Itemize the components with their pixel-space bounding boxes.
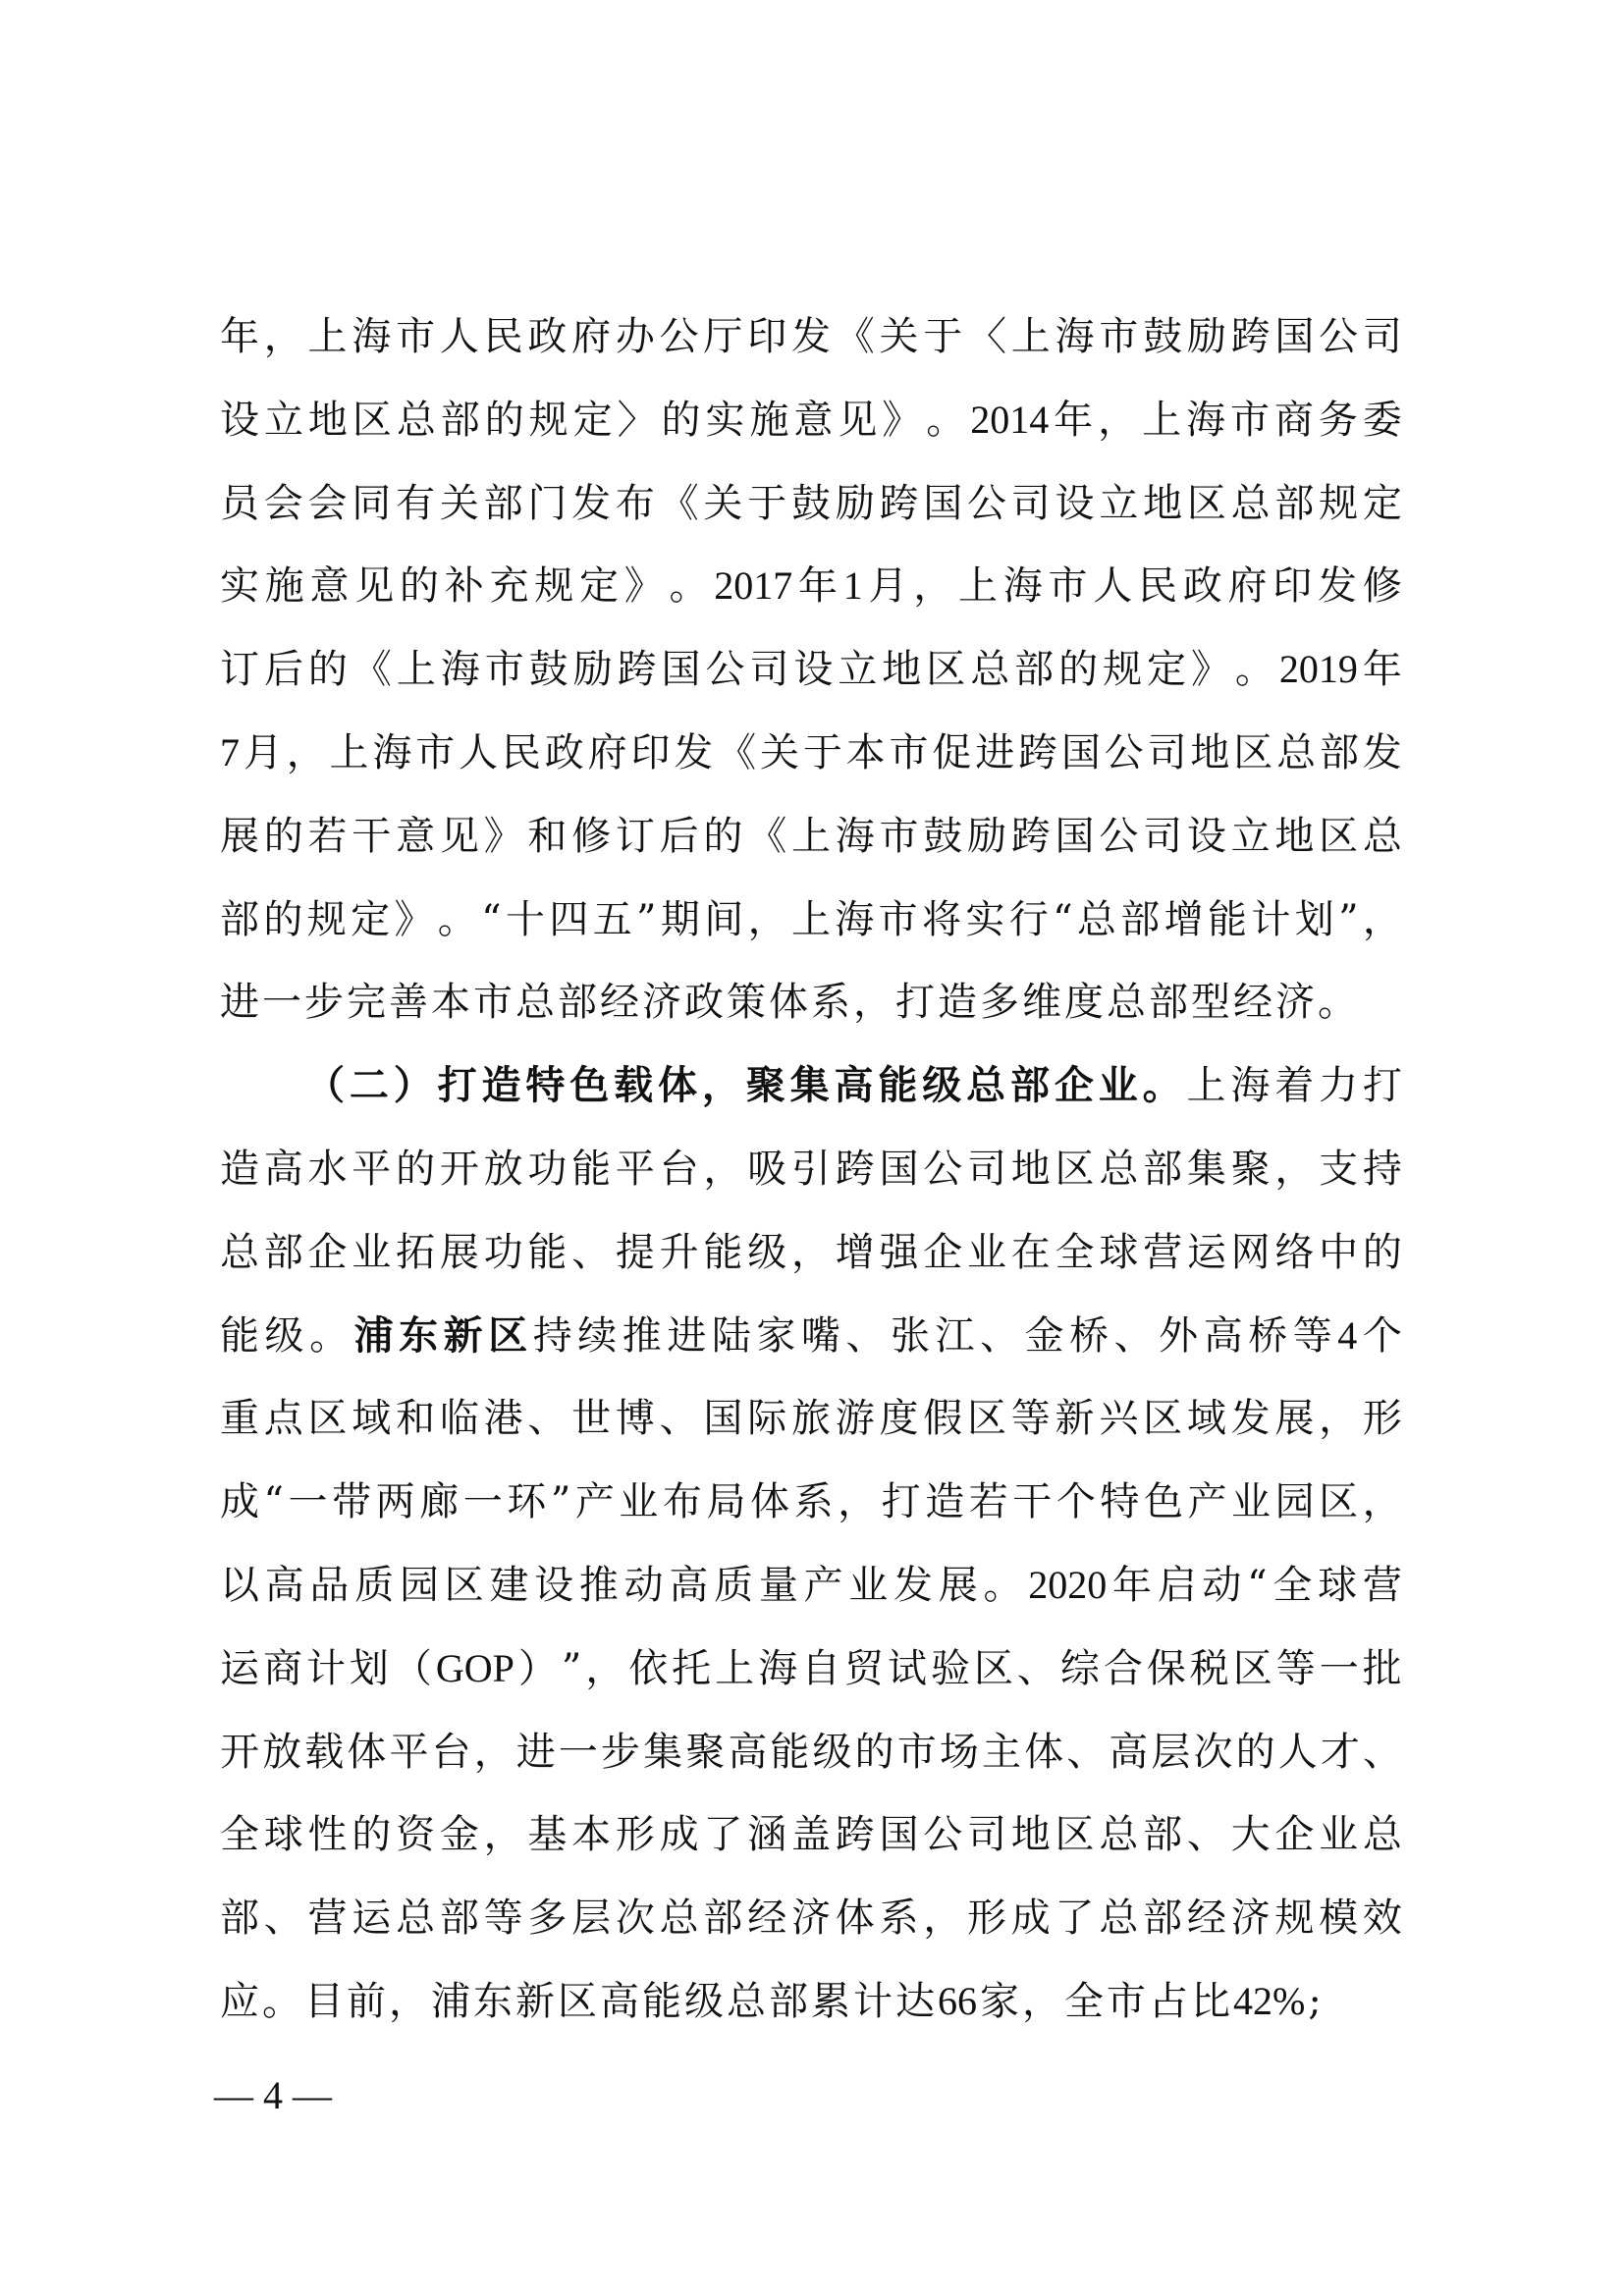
body-text-glyph: 络 (1274, 1228, 1314, 1277)
body-text-glyph: 总 (1099, 1145, 1138, 1194)
body-text-glyph: 目 (304, 1977, 344, 2026)
body-text-glyph: 总 (396, 1894, 435, 1943)
body-text-glyph: 试 (888, 1644, 927, 1693)
body-text-glyph: 级 (684, 1977, 724, 2026)
body-text-glyph: 《 (352, 645, 392, 694)
body-text-glyph: 区 (352, 396, 392, 445)
body-text-glyph: 成 (220, 1477, 259, 1526)
body-text-glyph: 的 (855, 1728, 894, 1777)
body-text-glyph: 。 (1318, 978, 1357, 1027)
body-text-glyph: 委 (1363, 396, 1402, 445)
body-text-glyph: 意 (396, 812, 435, 861)
body-text-glyph: 发 (893, 1561, 933, 1610)
body-text-glyph: 运 (1187, 1228, 1226, 1277)
body-text-glyph: 立 (264, 396, 303, 445)
text-line: 部、营运总部等多层次总部经济体系，形成了总部经济规模效 (220, 1894, 1402, 1943)
body-text-glyph: 总 (1363, 812, 1402, 861)
body-text-glyph: 世 (571, 1394, 611, 1443)
body-text-glyph: 企 (308, 1228, 348, 1277)
body-text-glyph: 间 (704, 895, 743, 944)
body-text-glyph: 的 (1058, 645, 1098, 694)
body-text-glyph: 新 (1056, 1394, 1095, 1443)
body-text-glyph: 企 (1274, 1810, 1314, 1859)
body-text-glyph: 际 (747, 1394, 786, 1443)
body-text-glyph: 发 (791, 312, 831, 361)
body-text-glyph: 能 (527, 1228, 567, 1277)
body-text-glyph: 全 (1056, 1228, 1095, 1277)
body-text-glyph: 月 (869, 561, 908, 611)
bold-keyword-text: 东 (399, 1311, 438, 1361)
body-text-glyph: 商 (1274, 396, 1314, 445)
body-text-glyph: 总 (1276, 728, 1316, 777)
body-text-glyph: 增 (836, 1228, 875, 1277)
body-text-glyph: 励 (573, 645, 613, 694)
body-text-glyph: 民 (1138, 561, 1177, 611)
body-text-glyph: 应 (220, 1977, 259, 2026)
body-text-glyph: 五 (593, 895, 632, 944)
body-text-glyph: 放 (484, 1145, 523, 1194)
body-text-glyph: 鼓 (791, 479, 831, 528)
body-text-glyph: 多 (980, 978, 1019, 1027)
body-text-glyph: ， (923, 1894, 962, 1943)
text-line: 能级。浦东新区持续推进陆家嘴、张江、金桥、外高桥等4个 (220, 1311, 1402, 1361)
body-text-glyph: “ (1247, 1561, 1267, 1610)
bold-keyword-text: 区 (488, 1311, 527, 1361)
section-heading-text: ） (394, 1061, 433, 1110)
body-text-glyph: 业 (619, 1477, 658, 1526)
body-text-glyph: 总 (397, 396, 436, 445)
body-text-glyph: 造 (925, 1477, 964, 1526)
body-text-glyph: 42% (1233, 1977, 1305, 2026)
body-text-glyph: 全 (1064, 1977, 1104, 2026)
text-line: 重点区域和临港、世博、国际旅游度假区等新兴区域发展，形 (220, 1394, 1402, 1443)
body-text-glyph: 计 (853, 1977, 893, 2026)
bold-keyword-text: 浦 (354, 1311, 394, 1361)
body-text-glyph: 、 (1066, 1728, 1106, 1777)
body-text-glyph: 能 (642, 1977, 681, 2026)
body-text-glyph: ， (1274, 1145, 1314, 1194)
body-text-glyph: 在 (1011, 1228, 1051, 1277)
body-text-glyph: 施 (265, 561, 304, 611)
body-text-glyph: 》 (624, 561, 664, 611)
section-heading-text: 特 (525, 1061, 565, 1110)
body-text-glyph: 会 (308, 479, 348, 528)
body-text-glyph: 规 (1103, 645, 1142, 694)
body-text-glyph: 家 (756, 1311, 795, 1361)
body-text-glyph: 实 (705, 396, 744, 445)
body-text-glyph: 区 (308, 1394, 348, 1443)
section-heading-text: 色 (569, 1061, 609, 1110)
body-text-glyph: 部 (1014, 645, 1054, 694)
body-text-glyph: 成 (1011, 1894, 1051, 1943)
body-text-glyph: 成 (660, 1810, 699, 1859)
body-text-glyph: 能 (220, 1311, 259, 1361)
body-text-glyph: 国 (879, 1145, 918, 1194)
body-text-glyph: 公 (1319, 312, 1358, 361)
body-text-glyph: 设 (1056, 479, 1095, 528)
body-text-glyph: 。 (1235, 645, 1274, 694)
body-text-glyph: 拓 (396, 1228, 435, 1277)
body-text-glyph: 规 (1274, 1894, 1314, 1943)
body-text-glyph: 台 (432, 1728, 471, 1777)
body-text-glyph: 主 (982, 1728, 1021, 1777)
body-text-glyph: 年 (1112, 1561, 1152, 1610)
body-text-glyph: 地 (1143, 479, 1182, 528)
body-text-glyph: 部 (220, 1894, 259, 1943)
body-text-glyph: 金 (1025, 1311, 1064, 1361)
body-text-glyph: 实 (965, 895, 1004, 944)
body-text-glyph: 一 (463, 1477, 503, 1526)
body-text-glyph: 订 (220, 645, 259, 694)
body-text-glyph: 实 (220, 561, 259, 611)
body-text-glyph: 高 (1109, 1728, 1148, 1777)
body-text-glyph: 、 (1363, 1728, 1402, 1777)
body-text-glyph: 部 (441, 396, 480, 445)
body-text-glyph: 海 (836, 812, 875, 861)
body-text-glyph: 博 (616, 1394, 655, 1443)
body-text-glyph: 修 (571, 812, 611, 861)
text-line: 造高水平的开放功能平台，吸引跨国公司地区总部集聚，支持 (220, 1145, 1402, 1194)
body-text-glyph: 的 (662, 396, 701, 445)
body-text-glyph: 度 (1064, 978, 1104, 1027)
body-text-glyph: 公 (660, 312, 699, 361)
section-heading-text: 。 (1143, 1061, 1182, 1110)
body-text-glyph: 进 (220, 978, 259, 1027)
body-text-glyph: 规 (529, 396, 568, 445)
body-text-glyph: 体 (347, 1728, 386, 1777)
body-text-glyph: 力 (1319, 1061, 1358, 1110)
body-text-glyph: 支 (1319, 1145, 1358, 1194)
body-text-glyph: 》 (394, 895, 433, 944)
body-text-glyph: 》 (882, 396, 921, 445)
body-text-glyph: 上 (397, 645, 436, 694)
body-text-glyph: 《 (836, 312, 875, 361)
body-text-glyph: 经 (747, 1894, 786, 1943)
body-text-glyph: 后 (264, 645, 303, 694)
body-text-glyph: 司 (1011, 479, 1051, 528)
body-text-glyph: 打 (882, 1477, 921, 1526)
body-text-glyph: 的 (352, 1810, 391, 1859)
body-text-glyph: 部 (1274, 479, 1314, 528)
body-text-glyph: 上 (958, 561, 998, 611)
body-text-glyph: 市 (415, 728, 455, 777)
body-text-glyph: 国 (662, 645, 701, 694)
body-text-glyph: 层 (571, 1894, 611, 1943)
body-text-glyph: 了 (1056, 1894, 1095, 1943)
body-text-glyph: 续 (577, 1311, 617, 1361)
body-text-glyph: 等 (1011, 1394, 1051, 1443)
body-text-glyph: 场 (940, 1728, 979, 1777)
body-text-glyph: 、 (1017, 1644, 1056, 1693)
body-text-glyph: 体 (750, 1477, 789, 1526)
body-text-glyph: 《 (717, 728, 756, 777)
text-line: 实施意见的补充规定》。2017年1月，上海市人民政府印发修 (220, 561, 1402, 611)
body-text-glyph: 展 (939, 1561, 978, 1610)
body-text-glyph: 系 (879, 1894, 918, 1943)
body-text-glyph: ; (1308, 1977, 1321, 2026)
body-text-glyph: ， (389, 1977, 428, 2026)
body-text-glyph: 民 (484, 312, 523, 361)
body-text-glyph: 部 (1143, 1810, 1182, 1859)
body-text-glyph: 聚 (1231, 1145, 1271, 1194)
body-text-glyph: 。 (926, 396, 965, 445)
body-text-glyph: 一 (1320, 1644, 1359, 1693)
body-text-glyph: 立 (838, 645, 877, 694)
body-text-glyph: 跨 (1231, 312, 1271, 361)
section-heading-text: 部 (1010, 1061, 1050, 1110)
body-text-glyph: 布 (663, 1477, 702, 1526)
body-text-glyph: 特 (1100, 1477, 1139, 1526)
body-text-glyph: 计 (1251, 895, 1290, 944)
body-text-glyph: 造 (220, 1145, 259, 1194)
body-text-glyph: 经 (600, 978, 639, 1027)
body-text-glyph: 体 (769, 978, 808, 1027)
body-text-glyph: 建 (489, 1561, 528, 1610)
body-text-glyph: 规 (1319, 479, 1358, 528)
body-text-glyph: 厅 (703, 312, 742, 361)
body-text-glyph: 质 (714, 1561, 753, 1610)
body-text-glyph: 桥 (1248, 1311, 1287, 1361)
body-text-glyph: 年 (1054, 396, 1093, 445)
body-text-glyph: 体 (1024, 1728, 1063, 1777)
body-text-glyph: 部 (264, 1228, 303, 1277)
body-text-glyph: 〈 (967, 312, 1006, 361)
body-text-glyph: 、 (660, 1394, 699, 1443)
body-text-glyph: 上 (330, 728, 369, 777)
body-text-glyph: 重 (220, 1394, 259, 1443)
body-text-glyph: 行 (1009, 895, 1049, 944)
body-text-glyph: 部 (558, 978, 597, 1027)
body-text-glyph: 以 (220, 1561, 259, 1610)
body-text-glyph: 金 (440, 1810, 479, 1859)
body-text-glyph: 系 (811, 978, 850, 1027)
body-text-glyph: 若 (969, 1477, 1008, 1526)
body-text-glyph: 部 (1320, 728, 1359, 777)
body-text-glyph: 、 (1187, 1810, 1226, 1859)
body-text-glyph: 域 (1187, 1394, 1226, 1443)
body-text-glyph: 发 (674, 728, 713, 777)
body-text-glyph: 上 (1011, 312, 1051, 361)
body-text-glyph: 鼓 (529, 645, 568, 694)
body-text-glyph: 区 (1056, 1145, 1095, 1194)
body-text-glyph: 民 (502, 728, 541, 777)
body-text-glyph: ” (1338, 895, 1358, 944)
body-text-glyph: 前 (347, 1977, 386, 2026)
body-text-glyph: 市 (890, 728, 929, 777)
body-text-glyph: 修 (1363, 561, 1402, 611)
body-text-glyph: 》 (484, 812, 523, 861)
section-heading-text: 级 (922, 1061, 961, 1110)
body-text-glyph: 验 (931, 1644, 970, 1693)
body-text-glyph: 。 (262, 1977, 301, 2026)
text-line: 开放载体平台，进一步集聚高能级的市场主体、高层次的人才、 (220, 1728, 1402, 1777)
body-text-glyph: 能 (1208, 895, 1247, 944)
body-text-glyph: 公 (1099, 812, 1138, 861)
body-text-glyph: 同 (352, 479, 391, 528)
body-text-glyph: 施 (749, 396, 788, 445)
body-text-glyph: 营 (308, 1894, 348, 1943)
body-text-glyph: 环 (507, 1477, 546, 1526)
body-text-glyph: 、 (980, 1311, 1019, 1361)
body-text-glyph: 布 (616, 479, 655, 528)
body-text-glyph: 的 (308, 645, 348, 694)
body-text-glyph: 计 (306, 1644, 346, 1693)
body-text-glyph: 推 (623, 1311, 662, 1361)
body-text-glyph: 区 (445, 1561, 484, 1610)
body-text-glyph: 区 (1056, 1810, 1095, 1859)
body-text-glyph: 上 (1142, 396, 1181, 445)
body-text-glyph: 营 (1363, 1561, 1402, 1610)
body-text-glyph: 市 (1230, 396, 1270, 445)
text-line: 应。目前，浦东新区高能级总部累计达66家，全市占比42%; (220, 1977, 1402, 2026)
section-heading-text: ， (702, 1061, 741, 1110)
body-text-glyph: 品 (309, 1561, 349, 1610)
body-text-glyph: 高 (728, 1728, 767, 1777)
body-text-glyph: 运 (352, 1894, 391, 1943)
section-heading-text: 打 (438, 1061, 477, 1110)
body-text-glyph: 集 (643, 1728, 682, 1777)
body-text-glyph: 家 (980, 1977, 1019, 2026)
body-text-glyph: 市 (1049, 561, 1088, 611)
body-text-glyph: 本 (571, 1810, 611, 1859)
body-text-glyph: ， (913, 561, 952, 611)
body-text-glyph: 营 (1143, 1228, 1182, 1277)
section-heading-text: 聚 (746, 1061, 785, 1110)
body-text-glyph: 海 (835, 895, 874, 944)
body-text-glyph: 启 (1158, 1561, 1197, 1610)
body-text-glyph: 聚 (685, 1728, 725, 1777)
body-text-glyph: 海 (352, 312, 391, 361)
body-text-glyph: 产 (575, 1477, 615, 1526)
body-text-glyph: 开 (440, 1145, 479, 1194)
body-text-glyph: 海 (758, 1644, 797, 1693)
body-text-glyph: 盖 (791, 1810, 831, 1859)
body-text-glyph: 部 (1120, 895, 1160, 944)
body-text-glyph: 球 (1099, 1228, 1138, 1277)
body-text-glyph: 《 (660, 479, 699, 528)
body-text-glyph: 上 (1187, 1061, 1226, 1110)
body-text-glyph: 能 (703, 1228, 742, 1277)
body-text-glyph: 步 (601, 1728, 640, 1777)
body-text-glyph: 地 (1011, 1810, 1051, 1859)
body-text-glyph: 体 (836, 1894, 875, 1943)
body-text-glyph: 区 (1319, 812, 1358, 861)
body-text-glyph: ， (484, 1810, 523, 1859)
body-text-glyph: 动 (624, 1561, 664, 1610)
body-text-glyph: 税 (1190, 1644, 1229, 1693)
body-text-glyph: 强 (879, 1228, 918, 1277)
body-text-glyph: 促 (932, 728, 971, 777)
text-line: 展的若干意见》和修订后的《上海市鼓励跨国公司设立地区总 (220, 812, 1402, 861)
body-text-glyph: 海 (1056, 312, 1095, 361)
body-text-glyph: 本 (431, 978, 470, 1027)
body-text-glyph: 球 (264, 1810, 303, 1859)
body-text-glyph: 总 (1099, 1894, 1138, 1943)
body-text-glyph: 政 (527, 312, 567, 361)
text-line: 部的规定》。“十四五”期间，上海市将实行“总部增能计划”， (220, 895, 1402, 944)
body-text-glyph: 2014 (970, 396, 1049, 445)
body-text-glyph: 。 (983, 1561, 1022, 1610)
body-text-glyph: 量 (759, 1561, 798, 1610)
body-text-glyph: 关 (760, 728, 799, 777)
body-text-glyph: 吸 (747, 1145, 786, 1194)
document-page: 年，上海市人民政府办公厅印发《关于〈上海市鼓励跨国公司设立地区总部的规定〉的实施… (0, 0, 1624, 2296)
body-text-glyph: 性 (308, 1810, 348, 1859)
body-text-glyph: 定 (579, 561, 619, 611)
body-text-glyph: 发 (1318, 561, 1357, 611)
body-text-glyph: 平 (352, 1145, 391, 1194)
body-text-glyph: 地 (1011, 1145, 1051, 1194)
body-text-glyph: 印 (1272, 561, 1312, 611)
body-text-glyph: 策 (727, 978, 766, 1027)
body-text-glyph: 嘴 (801, 1311, 840, 1361)
body-text-glyph: 业 (1319, 1810, 1358, 1859)
body-text-glyph: 于 (923, 312, 962, 361)
body-text-glyph: 等 (1276, 1644, 1316, 1693)
body-text-glyph: ， (1022, 1977, 1061, 2026)
text-line: 成“一带两廊一环”产业布局体系，打造若干个特色产业园区， (220, 1477, 1402, 1526)
body-text-glyph: 陆 (712, 1311, 751, 1361)
body-text-glyph: 和 (396, 1394, 435, 1443)
body-text-glyph: ， (1319, 1394, 1358, 1443)
section-heading-text: 能 (878, 1061, 917, 1110)
body-text-glyph: 励 (836, 479, 875, 528)
body-text-glyph: 月 (244, 728, 283, 777)
body-text-glyph: 造 (938, 978, 977, 1027)
body-text-glyph: 大 (1231, 1810, 1271, 1859)
body-text-glyph: 个 (1363, 1311, 1402, 1361)
body-text-glyph: 水 (308, 1145, 348, 1194)
body-text-glyph: 经 (1233, 978, 1272, 1027)
body-text-glyph: 自 (801, 1644, 840, 1693)
body-text-glyph: 鼓 (1143, 312, 1182, 361)
body-text-glyph: 高 (265, 1561, 304, 1610)
body-text-glyph: 开 (220, 1728, 259, 1777)
body-text-glyph: 跨 (618, 645, 657, 694)
body-text-glyph: 2019 (1279, 645, 1358, 694)
body-text-glyph: 国 (1061, 728, 1101, 777)
body-text-glyph: 维 (1022, 978, 1061, 1027)
body-text-glyph: 市 (485, 645, 524, 694)
body-text-glyph: 的 (263, 895, 302, 944)
body-text-glyph: 一 (262, 978, 301, 1027)
body-text-glyph: 运 (220, 1644, 259, 1693)
body-text-glyph: ） (518, 1644, 558, 1693)
body-text-glyph: 立 (1231, 812, 1271, 861)
body-text-glyph: 地 (1274, 812, 1314, 861)
body-text-glyph: 的 (400, 561, 439, 611)
body-text-glyph: 干 (352, 812, 391, 861)
body-text-glyph: 高 (1204, 1311, 1243, 1361)
body-text-glyph: 公 (1105, 728, 1144, 777)
text-line: 员会会同有关部门发布《关于鼓励跨国公司设立地区总部规定 (220, 479, 1402, 528)
body-text-glyph: 打 (1363, 1061, 1402, 1110)
body-text-glyph: 区 (1143, 1394, 1182, 1443)
body-text-glyph: 业 (848, 1561, 888, 1610)
body-text-glyph: 鼓 (923, 812, 962, 861)
body-text-glyph: 设 (534, 1561, 573, 1610)
body-text-glyph: ， (748, 895, 787, 944)
body-text-glyph: 度 (879, 1394, 918, 1443)
body-text-glyph: 级 (747, 1228, 786, 1277)
body-text-glyph: 后 (660, 812, 699, 861)
body-text-glyph: 区 (1233, 728, 1272, 777)
body-text-glyph: 发 (571, 479, 611, 528)
body-text-glyph: 司 (967, 1810, 1006, 1859)
body-text-glyph: 平 (616, 1145, 655, 1194)
body-text-glyph: 门 (527, 479, 567, 528)
text-line: 以高品质园区建设推动高质量产业发展。2020年启动“全球营 (220, 1561, 1402, 1610)
